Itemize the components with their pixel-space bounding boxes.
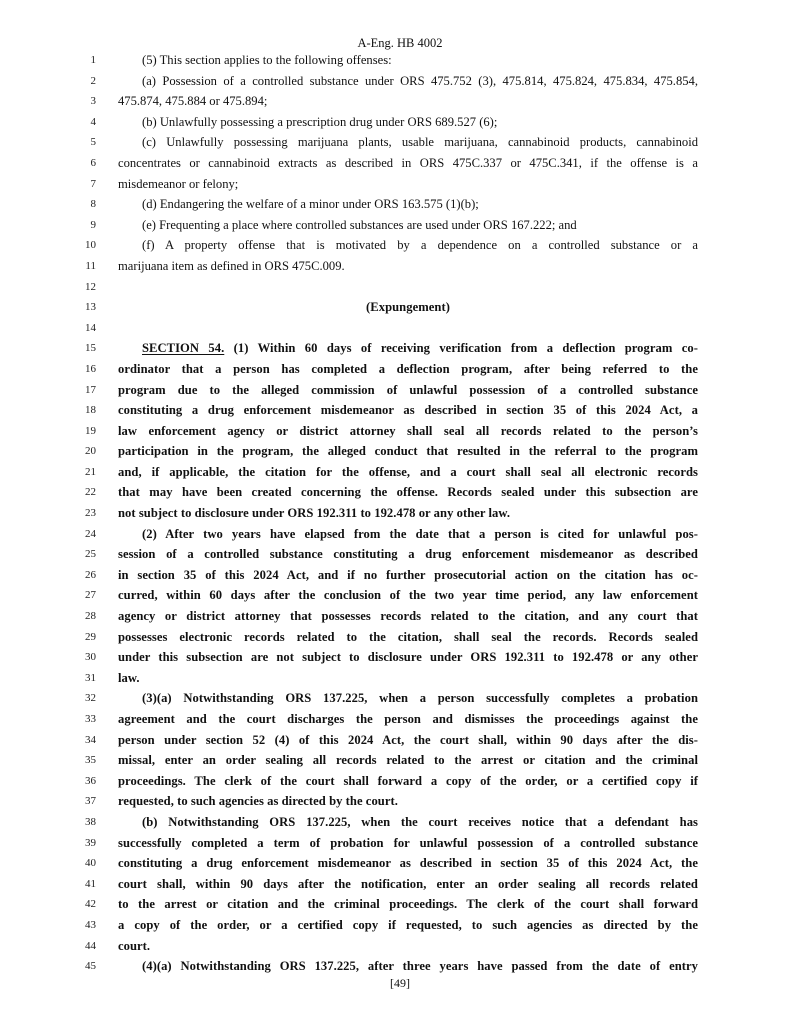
line-text: agreement and the court discharges the p… <box>118 709 698 730</box>
line-number: 38 <box>62 812 96 833</box>
line-number: 41 <box>62 874 96 895</box>
line-text: (c) Unlawfully possessing marijuana plan… <box>142 132 698 153</box>
line-text: proceedings. The clerk of the court shal… <box>118 771 698 792</box>
line-number: 20 <box>62 441 96 462</box>
document-line: 38(b) Notwithstanding ORS 137.225, when … <box>0 812 800 833</box>
line-text: (3)(a) Notwithstanding ORS 137.225, when… <box>142 688 698 709</box>
line-text: (2) After two years have elapsed from th… <box>142 524 698 545</box>
line-number: 31 <box>62 668 96 689</box>
document-line: 15SECTION 54. (1) Within 60 days of rece… <box>0 338 800 359</box>
line-text: session of a controlled substance consti… <box>118 544 698 565</box>
document-line: 16ordinator that a person has completed … <box>0 359 800 380</box>
document-line: 42to the arrest or citation and the crim… <box>0 894 800 915</box>
document-line: 22that may have been created concerning … <box>0 482 800 503</box>
line-number: 40 <box>62 853 96 874</box>
line-number: 9 <box>62 215 96 236</box>
document-line: 28agency or district attorney that posse… <box>0 606 800 627</box>
line-number: 3 <box>62 91 96 112</box>
line-text: to the arrest or citation and the crimin… <box>118 894 698 915</box>
document-line: 19law enforcement agency or district att… <box>0 421 800 442</box>
line-number: 26 <box>62 565 96 586</box>
line-number: 7 <box>62 174 96 195</box>
line-number: 34 <box>62 730 96 751</box>
line-text: under this subsection are not subject to… <box>118 647 698 668</box>
document-line: 40constituting a drug enforcement misdem… <box>0 853 800 874</box>
document-line: 2(a) Possession of a controlled substanc… <box>0 71 800 92</box>
section-label: SECTION 54. <box>142 341 224 355</box>
line-text: in section 35 of this 2024 Act, and if n… <box>118 565 698 586</box>
line-number: 8 <box>62 194 96 215</box>
line-number: 16 <box>62 359 96 380</box>
line-number: 14 <box>62 318 96 339</box>
document-body: 1(5) This section applies to the followi… <box>0 50 800 977</box>
line-text: (d) Endangering the welfare of a minor u… <box>142 194 698 215</box>
line-number: 17 <box>62 380 96 401</box>
document-line: 1(5) This section applies to the followi… <box>0 50 800 71</box>
line-text: curred, within 60 days after the conclus… <box>118 585 698 606</box>
document-line: 37requested, to such agencies as directe… <box>0 791 800 812</box>
line-number: 23 <box>62 503 96 524</box>
line-number: 13 <box>62 297 96 318</box>
line-text: (e) Frequenting a place where controlled… <box>142 215 698 236</box>
document-line: 21and, if applicable, the citation for t… <box>0 462 800 483</box>
line-text: (b) Notwithstanding ORS 137.225, when th… <box>142 812 698 833</box>
document-line: 17program due to the alleged commission … <box>0 380 800 401</box>
line-text: (a) Possession of a controlled substance… <box>142 71 698 92</box>
line-number: 45 <box>62 956 96 977</box>
line-number: 35 <box>62 750 96 771</box>
line-number: 25 <box>62 544 96 565</box>
line-text: marijuana item as defined in ORS 475C.00… <box>118 256 698 277</box>
line-number: 5 <box>62 132 96 153</box>
line-number: 44 <box>62 936 96 957</box>
line-text: program due to the alleged commission of… <box>118 380 698 401</box>
document-line: 34person under section 52 (4) of this 20… <box>0 730 800 751</box>
document-line: 26in section 35 of this 2024 Act, and if… <box>0 565 800 586</box>
document-line: 41court shall, within 90 days after the … <box>0 874 800 895</box>
line-text: and, if applicable, the citation for the… <box>118 462 698 483</box>
document-line: 11marijuana item as defined in ORS 475C.… <box>0 256 800 277</box>
line-number: 24 <box>62 524 96 545</box>
line-text: 475.874, 475.884 or 475.894; <box>118 91 698 112</box>
line-text: not subject to disclosure under ORS 192.… <box>118 503 698 524</box>
line-text: missal, enter an order sealing all recor… <box>118 750 698 771</box>
line-text: law. <box>118 668 698 689</box>
document-line: 33agreement and the court discharges the… <box>0 709 800 730</box>
line-text: constituting a drug enforcement misdemea… <box>118 853 698 874</box>
document-line: 10(f) A property offense that is motivat… <box>0 235 800 256</box>
document-line: 5(c) Unlawfully possessing marijuana pla… <box>0 132 800 153</box>
document-line: 29possesses electronic records related t… <box>0 627 800 648</box>
line-text: that may have been created concerning th… <box>118 482 698 503</box>
document-line: 24(2) After two years have elapsed from … <box>0 524 800 545</box>
line-number: 10 <box>62 235 96 256</box>
document-line: 36proceedings. The clerk of the court sh… <box>0 771 800 792</box>
document-header: A-Eng. HB 4002 <box>0 36 800 51</box>
line-number: 36 <box>62 771 96 792</box>
line-text: law enforcement agency or district attor… <box>118 421 698 442</box>
line-text: requested, to such agencies as directed … <box>118 791 698 812</box>
document-line: 27curred, within 60 days after the concl… <box>0 585 800 606</box>
line-text: concentrates or cannabinoid extracts as … <box>118 153 698 174</box>
document-line: 7misdemeanor or felony; <box>0 174 800 195</box>
line-number: 1 <box>62 50 96 71</box>
line-text: possesses electronic records related to … <box>118 627 698 648</box>
document-line: 25session of a controlled substance cons… <box>0 544 800 565</box>
line-text: a copy of the order, or a certified copy… <box>118 915 698 936</box>
line-number: 29 <box>62 627 96 648</box>
line-number: 19 <box>62 421 96 442</box>
line-number: 37 <box>62 791 96 812</box>
line-number: 42 <box>62 894 96 915</box>
line-number: 43 <box>62 915 96 936</box>
document-line: 18constituting a drug enforcement misdem… <box>0 400 800 421</box>
line-number: 39 <box>62 833 96 854</box>
line-number: 21 <box>62 462 96 483</box>
line-text: (f) A property offense that is motivated… <box>142 235 698 256</box>
line-number: 4 <box>62 112 96 133</box>
line-number: 18 <box>62 400 96 421</box>
document-line: 43a copy of the order, or a certified co… <box>0 915 800 936</box>
document-line: 31law. <box>0 668 800 689</box>
line-text: ordinator that a person has completed a … <box>118 359 698 380</box>
document-line: 30under this subsection are not subject … <box>0 647 800 668</box>
document-line: 35missal, enter an order sealing all rec… <box>0 750 800 771</box>
line-number: 28 <box>62 606 96 627</box>
document-line: 44court. <box>0 936 800 957</box>
line-text: agency or district attorney that possess… <box>118 606 698 627</box>
document-line: 4(b) Unlawfully possessing a prescriptio… <box>0 112 800 133</box>
line-text: court. <box>118 936 698 957</box>
line-number: 11 <box>62 256 96 277</box>
line-number: 27 <box>62 585 96 606</box>
page-number: [49] <box>0 976 800 991</box>
document-line: 23not subject to disclosure under ORS 19… <box>0 503 800 524</box>
document-line: 9(e) Frequenting a place where controlle… <box>0 215 800 236</box>
line-text: court shall, within 90 days after the no… <box>118 874 698 895</box>
document-line: 13(Expungement) <box>0 297 800 318</box>
line-text: person under section 52 (4) of this 2024… <box>118 730 698 751</box>
line-text: constituting a drug enforcement misdemea… <box>118 400 698 421</box>
document-line: 32(3)(a) Notwithstanding ORS 137.225, wh… <box>0 688 800 709</box>
document-line: 39successfully completed a term of proba… <box>0 833 800 854</box>
line-number: 22 <box>62 482 96 503</box>
line-number: 30 <box>62 647 96 668</box>
section-heading: (Expungement) <box>118 297 698 318</box>
line-text: participation in the program, the allege… <box>118 441 698 462</box>
document-line: 14 <box>0 318 800 339</box>
line-number: 15 <box>62 338 96 359</box>
line-number: 6 <box>62 153 96 174</box>
document-line: 45(4)(a) Notwithstanding ORS 137.225, af… <box>0 956 800 977</box>
line-text: (b) Unlawfully possessing a prescription… <box>142 112 698 133</box>
line-number: 2 <box>62 71 96 92</box>
document-line: 6concentrates or cannabinoid extracts as… <box>0 153 800 174</box>
document-line: 12 <box>0 277 800 298</box>
line-text: successfully completed a term of probati… <box>118 833 698 854</box>
line-text: misdemeanor or felony; <box>118 174 698 195</box>
document-line: 3475.874, 475.884 or 475.894; <box>0 91 800 112</box>
line-number: 33 <box>62 709 96 730</box>
line-text: (4)(a) Notwithstanding ORS 137.225, afte… <box>142 956 698 977</box>
line-text: (5) This section applies to the followin… <box>142 50 698 71</box>
section-text: (1) Within 60 days of receiving verifica… <box>224 341 698 355</box>
line-number: 32 <box>62 688 96 709</box>
line-number: 12 <box>62 277 96 298</box>
document-line: 8(d) Endangering the welfare of a minor … <box>0 194 800 215</box>
document-line: 20participation in the program, the alle… <box>0 441 800 462</box>
line-text: SECTION 54. (1) Within 60 days of receiv… <box>142 338 698 359</box>
